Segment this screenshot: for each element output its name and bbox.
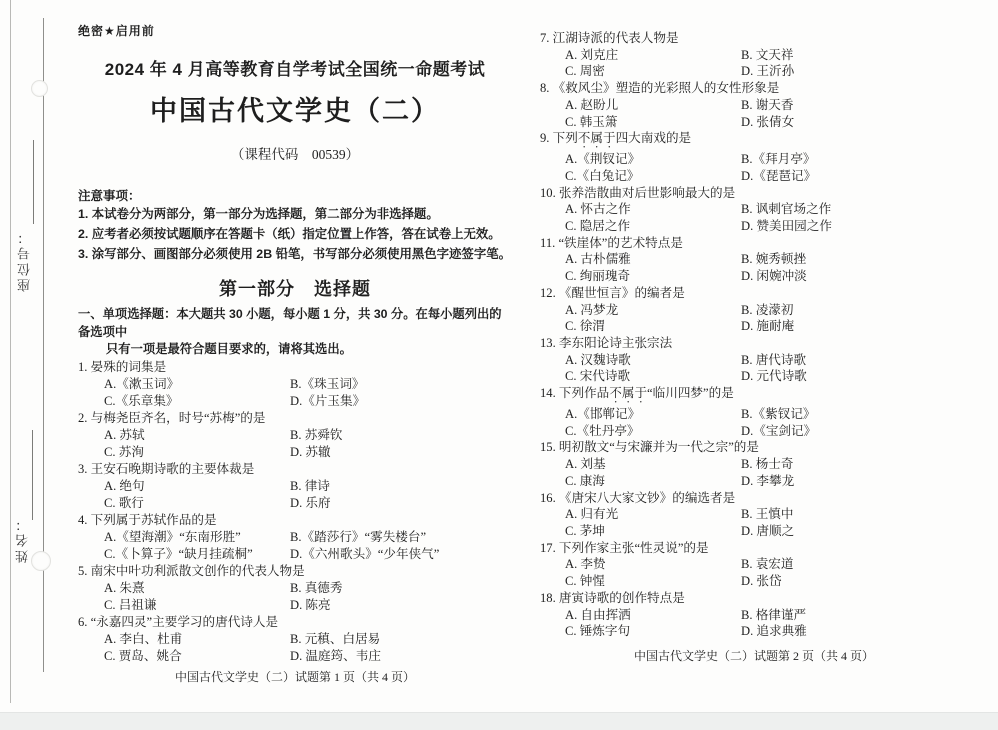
option-a: A. 刘克庄	[565, 47, 741, 64]
scan-bottom-edge	[0, 712, 998, 730]
option-row: C. 隐居之作D. 赞美田园之作	[540, 218, 968, 235]
option-row: C. 康海D. 李攀龙	[540, 473, 968, 490]
option-row: C. 钟惺D. 张岱	[540, 573, 968, 590]
option-b: B. 谢天香	[741, 97, 793, 114]
option-d: D. 施耐庵	[741, 318, 794, 335]
question-item: 13. 李东阳论诗主张宗法A. 汉魏诗歌B. 唐代诗歌C. 宋代诗歌D. 元代诗…	[540, 335, 968, 385]
option-a: A. 苏轼	[104, 427, 290, 444]
question-stem: 2. 与梅尧臣齐名，时号“苏梅”的是	[78, 410, 512, 427]
question-stem: 4. 下列属于苏轼作品的是	[78, 512, 512, 529]
page-footer-right: 中国古代文学史（二）试题第 2 页（共 4 页）	[540, 647, 968, 664]
option-d: D.《片玉集》	[290, 393, 365, 410]
option-row: A. 绝句B. 律诗	[78, 478, 512, 495]
option-d: D.《宝剑记》	[741, 423, 816, 440]
question-item: 18. 唐寅诗歌的创作特点是A. 自由挥洒B. 格律谨严C. 锤炼字句D. 追求…	[540, 590, 968, 640]
option-b: B.《紫钗记》	[741, 406, 816, 423]
name-label: 姓名：	[13, 515, 32, 563]
option-b: B. 元稹、白居易	[290, 631, 380, 648]
option-d: D. 张岱	[741, 573, 782, 590]
option-b: B. 格律谨严	[741, 607, 806, 624]
option-a: A.《邯郸记》	[565, 406, 741, 423]
exam-title: 2024 年 4 月高等教育自学考试全国统一命题考试	[78, 55, 512, 80]
question-item: 5. 南宋中叶功利派散文创作的代表人物是A. 朱熹B. 真德秀C. 吕祖谦D. …	[78, 563, 512, 614]
exam-paper-scan: 座位号： 姓名： 绝密★启用前 2024 年 4 月高等教育自学考试全国统一命题…	[0, 0, 998, 730]
question-stem: 17. 下列作家主张“性灵说”的是	[540, 540, 968, 557]
option-d: D. 温庭筠、韦庄	[290, 648, 381, 665]
option-row: C.《卜算子》“缺月挂疏桐”D.《六州歌头》“少年侠气”	[78, 546, 512, 563]
question-stem: 13. 李东阳论诗主张宗法	[540, 335, 968, 352]
question-number: 11.	[540, 236, 558, 250]
question-number: 18.	[540, 591, 559, 605]
question-item: 8. 《救风尘》塑造的光彩照人的女性形象是A. 赵盼儿B. 谢天香C. 韩玉箫D…	[540, 80, 968, 130]
questions-left: 1. 晏殊的词集是A.《漱玉词》B.《珠玉词》C.《乐章集》D.《片玉集》2. …	[78, 359, 512, 665]
option-d: D. 唐顺之	[741, 523, 794, 540]
option-b: B. 苏舜钦	[290, 427, 342, 444]
option-d: D. 元代诗歌	[741, 368, 807, 385]
option-row: C. 徐渭D. 施耐庵	[540, 318, 968, 335]
question-stem: 3. 王安石晚期诗歌的主要体裁是	[78, 461, 512, 478]
paper-edge-line	[10, 0, 11, 703]
option-d: D. 张倩女	[741, 114, 794, 131]
option-b: B.《踏莎行》“雾失楼台”	[290, 529, 426, 546]
option-row: A. 苏轼B. 苏舜钦	[78, 427, 512, 444]
question-stem: 12. 《醒世恒言》的编者是	[540, 285, 968, 302]
option-a: A. 李贽	[565, 556, 741, 573]
option-b: B. 文天祥	[741, 47, 793, 64]
option-d: D. 闲婉冲淡	[741, 268, 807, 285]
option-row: C.《白兔记》D.《琵琶记》	[540, 168, 968, 185]
option-b: B. 杨士奇	[741, 456, 793, 473]
emphasized-text: 不属于	[578, 131, 616, 145]
question-number: 2.	[78, 411, 91, 425]
question-stem: 11. “铁崖体”的艺术特点是	[540, 235, 968, 252]
page-2-column: 7. 江湖诗派的代表人物是A. 刘克庄B. 文天祥C. 周密D. 王沂孙8. 《…	[540, 30, 968, 664]
option-row: C. 宋代诗歌D. 元代诗歌	[540, 368, 968, 385]
notes-title: 注意事项：	[78, 186, 512, 204]
option-row: C. 韩玉箫D. 张倩女	[540, 114, 968, 131]
option-row: C. 锤炼字句D. 追求典雅	[540, 623, 968, 640]
question-number: 1.	[78, 360, 91, 374]
question-stem: 18. 唐寅诗歌的创作特点是	[540, 590, 968, 607]
option-a: A. 汉魏诗歌	[565, 352, 741, 369]
question-item: 6. “永嘉四灵”主要学习的唐代诗人是A. 李白、杜甫B. 元稹、白居易C. 贾…	[78, 614, 512, 665]
option-row: A. 汉魏诗歌B. 唐代诗歌	[540, 352, 968, 369]
option-row: C.《牡丹亭》D.《宝剑记》	[540, 423, 968, 440]
option-row: A. 古朴儒雅B. 婉秀顿挫	[540, 251, 968, 268]
option-row: A. 自由挥洒B. 格律谨严	[540, 607, 968, 624]
option-c: C. 贾岛、姚合	[104, 648, 290, 665]
option-b: B.《珠玉词》	[290, 376, 365, 393]
notice-item: 1. 本试卷分为两部分，第一部分为选择题，第二部分为非选择题。	[78, 204, 512, 224]
option-b: B. 律诗	[290, 478, 330, 495]
option-c: C. 苏洵	[104, 444, 290, 461]
option-c: C. 绚丽瑰奇	[565, 268, 741, 285]
question-number: 16.	[540, 491, 559, 505]
option-a: A. 归有光	[565, 506, 741, 523]
option-row: A.《邯郸记》B.《紫钗记》	[540, 406, 968, 423]
question-item: 12. 《醒世恒言》的编者是A. 冯梦龙B. 凌濛初C. 徐渭D. 施耐庵	[540, 285, 968, 335]
option-row: A. 刘克庄B. 文天祥	[540, 47, 968, 64]
option-c: C. 韩玉箫	[565, 114, 741, 131]
question-stem: 6. “永嘉四灵”主要学习的唐代诗人是	[78, 614, 512, 631]
option-d: D. 追求典雅	[741, 623, 807, 640]
name-blank-line	[32, 430, 33, 520]
question-stem: 10. 张养浩散曲对后世影响最大的是	[540, 185, 968, 202]
option-c: C. 隐居之作	[565, 218, 741, 235]
option-b: B. 凌濛初	[741, 302, 793, 319]
question-number: 5.	[78, 564, 91, 578]
question-stem: 16. 《唐宋八大家文钞》的编选者是	[540, 490, 968, 507]
option-row: A.《漱玉词》B.《珠玉词》	[78, 376, 512, 393]
option-d: D.《琵琶记》	[741, 168, 816, 185]
notes-list: 1. 本试卷分为两部分，第一部分为选择题，第二部分为非选择题。2. 应考者必须按…	[78, 204, 512, 264]
page-footer-left: 中国古代文学史（二）试题第 1 页（共 4 页）	[78, 668, 512, 685]
question-item: 2. 与梅尧臣齐名，时号“苏梅”的是A. 苏轼B. 苏舜钦C. 苏洵D. 苏辙	[78, 410, 512, 461]
option-c: C. 周密	[565, 63, 741, 80]
question-stem: 9. 下列不属于四大南戏的是	[540, 130, 968, 151]
question-item: 10. 张养浩散曲对后世影响最大的是A. 怀古之作B. 讽刺官场之作C. 隐居之…	[540, 185, 968, 235]
question-item: 3. 王安石晚期诗歌的主要体裁是A. 绝句B. 律诗C. 歌行D. 乐府	[78, 461, 512, 512]
option-row: C. 绚丽瑰奇D. 闲婉冲淡	[540, 268, 968, 285]
question-stem: 1. 晏殊的词集是	[78, 359, 512, 376]
option-row: C. 茅坤D. 唐顺之	[540, 523, 968, 540]
emphasized-text: 不属于	[609, 386, 647, 400]
option-row: A. 冯梦龙B. 凌濛初	[540, 302, 968, 319]
option-row: A.《望海潮》“东南形胜”B.《踏莎行》“雾失楼台”	[78, 529, 512, 546]
punch-hole	[31, 551, 51, 571]
option-a: A.《望海潮》“东南形胜”	[104, 529, 290, 546]
option-row: A. 刘基B. 杨士奇	[540, 456, 968, 473]
question-item: 15. 明初散文“与宋濂并为一代之宗”的是A. 刘基B. 杨士奇C. 康海D. …	[540, 439, 968, 489]
question-stem: 7. 江湖诗派的代表人物是	[540, 30, 968, 47]
option-c: C.《牡丹亭》	[565, 423, 741, 440]
option-row: A. 李白、杜甫B. 元稹、白居易	[78, 631, 512, 648]
question-item: 17. 下列作家主张“性灵说”的是A. 李贽B. 袁宏道C. 钟惺D. 张岱	[540, 540, 968, 590]
option-row: C. 贾岛、姚合D. 温庭筠、韦庄	[78, 648, 512, 665]
option-a: A. 冯梦龙	[565, 302, 741, 319]
option-c: C. 锤炼字句	[565, 623, 741, 640]
question-item: 1. 晏殊的词集是A.《漱玉词》B.《珠玉词》C.《乐章集》D.《片玉集》	[78, 359, 512, 410]
question-item: 11. “铁崖体”的艺术特点是A. 古朴儒雅B. 婉秀顿挫C. 绚丽瑰奇D. 闲…	[540, 235, 968, 285]
option-c: C. 宋代诗歌	[565, 368, 741, 385]
option-a: A.《漱玉词》	[104, 376, 290, 393]
option-a: A. 怀古之作	[565, 201, 741, 218]
option-c: C. 钟惺	[565, 573, 741, 590]
option-d: D. 苏辙	[290, 444, 331, 461]
section-intro-line: 只有一项是最符合题目要求的，请将其选出。	[78, 341, 512, 359]
option-row: A. 朱熹B. 真德秀	[78, 580, 512, 597]
option-a: A. 赵盼儿	[565, 97, 741, 114]
page-1-column: 绝密★启用前 2024 年 4 月高等教育自学考试全国统一命题考试 中国古代文学…	[78, 22, 512, 685]
question-number: 8.	[540, 81, 553, 95]
option-d: D.《六州歌头》“少年侠气”	[290, 546, 439, 563]
option-c: C. 康海	[565, 473, 741, 490]
part-heading: 第一部分 选择题	[78, 275, 512, 301]
question-stem: 14. 下列作品不属于“临川四梦”的是	[540, 385, 968, 406]
option-c: C.《白兔记》	[565, 168, 741, 185]
question-stem: 15. 明初散文“与宋濂并为一代之宗”的是	[540, 439, 968, 456]
seal-margin-line	[43, 18, 44, 672]
option-row: C. 周密D. 王沂孙	[540, 63, 968, 80]
question-item: 14. 下列作品不属于“临川四梦”的是A.《邯郸记》B.《紫钗记》C.《牡丹亭》…	[540, 385, 968, 439]
question-item: 4. 下列属于苏轼作品的是A.《望海潮》“东南形胜”B.《踏莎行》“雾失楼台”C…	[78, 512, 512, 563]
classification-banner: 绝密★启用前	[78, 22, 512, 39]
option-a: A. 古朴儒雅	[565, 251, 741, 268]
question-item: 9. 下列不属于四大南戏的是A.《荆钗记》B.《拜月亭》C.《白兔记》D.《琵琶…	[540, 130, 968, 184]
option-c: C. 徐渭	[565, 318, 741, 335]
notice-item: 2. 应考者必须按试题顺序在答题卡（纸）指定位置上作答，答在试卷上无效。	[78, 224, 512, 244]
option-row: C. 歌行D. 乐府	[78, 495, 512, 512]
question-number: 9.	[540, 131, 553, 145]
option-c: C. 茅坤	[565, 523, 741, 540]
option-row: A. 李贽B. 袁宏道	[540, 556, 968, 573]
question-stem: 5. 南宋中叶功利派散文创作的代表人物是	[78, 563, 512, 580]
option-d: D. 王沂孙	[741, 63, 794, 80]
section-intro: 一、单项选择题：本大题共 30 小题，每小题 1 分，共 30 分。在每小题列出…	[78, 306, 512, 359]
question-number: 15.	[540, 440, 559, 454]
question-number: 6.	[78, 615, 91, 629]
question-number: 17.	[540, 541, 559, 555]
questions-right: 7. 江湖诗派的代表人物是A. 刘克庄B. 文天祥C. 周密D. 王沂孙8. 《…	[540, 30, 968, 640]
subject-title: 中国古代文学史（二）	[78, 89, 512, 128]
option-d: D. 乐府	[290, 495, 331, 512]
option-row: C.《乐章集》D.《片玉集》	[78, 393, 512, 410]
notice-item: 3. 涂写部分、画图部分必须使用 2B 铅笔，书写部分必须使用黑色字迹签字笔。	[78, 244, 512, 264]
option-a: A. 刘基	[565, 456, 741, 473]
question-number: 4.	[78, 513, 91, 527]
option-c: C. 吕祖谦	[104, 597, 290, 614]
option-b: B. 唐代诗歌	[741, 352, 806, 369]
option-a: A.《荆钗记》	[565, 151, 741, 168]
seat-number-blank-line	[33, 140, 34, 224]
option-a: A. 绝句	[104, 478, 290, 495]
question-item: 16. 《唐宋八大家文钞》的编选者是A. 归有光B. 王慎中C. 茅坤D. 唐顺…	[540, 490, 968, 540]
option-d: D. 陈亮	[290, 597, 331, 614]
question-number: 10.	[540, 186, 559, 200]
option-row: A. 归有光B. 王慎中	[540, 506, 968, 523]
question-number: 3.	[78, 462, 91, 476]
seat-number-label: 座位号：	[15, 228, 34, 292]
option-c: C. 歌行	[104, 495, 290, 512]
option-b: B. 讽刺官场之作	[741, 201, 831, 218]
option-row: C. 吕祖谦D. 陈亮	[78, 597, 512, 614]
question-stem: 8. 《救风尘》塑造的光彩照人的女性形象是	[540, 80, 968, 97]
option-row: C. 苏洵D. 苏辙	[78, 444, 512, 461]
option-b: B. 真德秀	[290, 580, 342, 597]
option-b: B.《拜月亭》	[741, 151, 816, 168]
option-c: C.《乐章集》	[104, 393, 290, 410]
option-c: C.《卜算子》“缺月挂疏桐”	[104, 546, 290, 563]
option-row: A.《荆钗记》B.《拜月亭》	[540, 151, 968, 168]
option-a: A. 朱熹	[104, 580, 290, 597]
option-b: B. 婉秀顿挫	[741, 251, 806, 268]
option-b: B. 袁宏道	[741, 556, 793, 573]
option-b: B. 王慎中	[741, 506, 793, 523]
question-number: 7.	[540, 31, 553, 45]
course-code: （课程代码 00539）	[78, 143, 512, 163]
section-intro-line: 一、单项选择题：本大题共 30 小题，每小题 1 分，共 30 分。在每小题列出…	[78, 306, 512, 341]
option-row: A. 赵盼儿B. 谢天香	[540, 97, 968, 114]
question-number: 12.	[540, 286, 559, 300]
punch-hole	[31, 80, 48, 97]
question-number: 13.	[540, 336, 559, 350]
option-a: A. 自由挥洒	[565, 607, 741, 624]
option-row: A. 怀古之作B. 讽刺官场之作	[540, 201, 968, 218]
option-d: D. 赞美田园之作	[741, 218, 832, 235]
option-d: D. 李攀龙	[741, 473, 794, 490]
option-a: A. 李白、杜甫	[104, 631, 290, 648]
question-number: 14.	[540, 386, 559, 400]
question-item: 7. 江湖诗派的代表人物是A. 刘克庄B. 文天祥C. 周密D. 王沂孙	[540, 30, 968, 80]
